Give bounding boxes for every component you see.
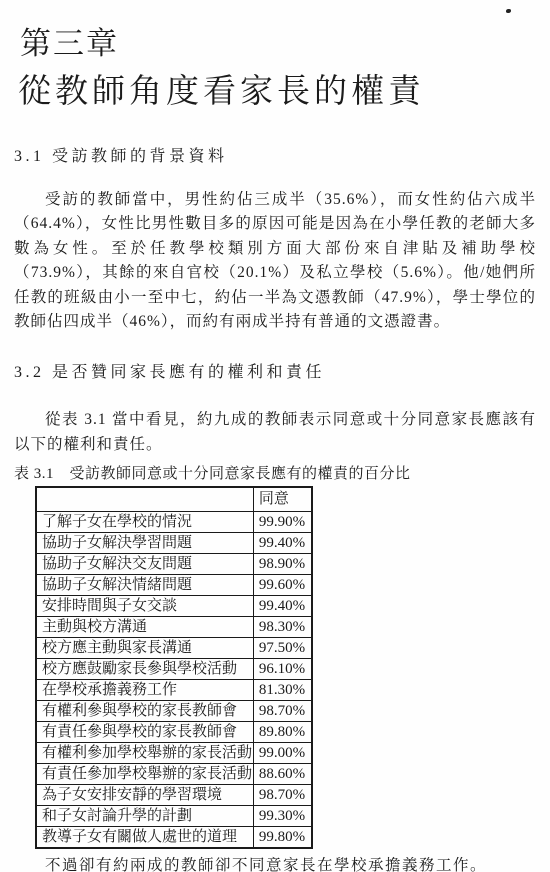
table-row: 協助子女解決交友問題98.90% (36, 554, 312, 575)
table-row: 有權利參加學校舉辦的家長活動99.00% (36, 743, 312, 764)
chapter-number: 第三章 (20, 0, 536, 61)
row-label-cell: 有責任參加學校舉辦的家長活動 (36, 764, 253, 785)
row-label-cell: 主動與校方溝通 (36, 617, 253, 638)
row-value-cell: 88.60% (253, 764, 312, 785)
row-value-cell: 89.80% (253, 722, 312, 743)
row-value-cell: 98.90% (253, 554, 312, 575)
row-value-cell: 99.40% (253, 533, 312, 554)
chapter-title: 從教師角度看家長的權責 (18, 74, 536, 112)
table-header-agree-cell: 同意 (253, 487, 312, 512)
row-label-cell: 在學校承擔義務工作 (36, 680, 253, 701)
row-label-cell: 了解子女在學校的情況 (36, 512, 253, 533)
table-row: 有權利參與學校的家長教師會98.70% (36, 701, 312, 722)
table-row: 協助子女解決學習問題99.40% (36, 533, 312, 554)
section-3-1-paragraph: 受訪的教師當中，男性約佔三成半（35.6%），而女性約佔六成半（64.4%），女… (14, 188, 536, 334)
table-row: 教導子女有關做人處世的道理99.80% (36, 827, 312, 849)
row-value-cell: 81.30% (253, 680, 312, 701)
row-label-cell: 校方應主動與家長溝通 (36, 638, 253, 659)
row-value-cell: 99.90% (253, 512, 312, 533)
row-value-cell: 99.60% (253, 575, 312, 596)
row-label-cell: 協助子女解決交友問題 (36, 554, 253, 575)
document-page: 第三章 從教師角度看家長的權責 3.1 受訪教師的背景資料 受訪的教師當中，男性… (0, 0, 550, 872)
row-value-cell: 98.70% (253, 701, 312, 722)
row-label-cell: 為子女安排安靜的學習環境 (36, 785, 253, 806)
row-label-cell: 有責任參與學校的家長教師會 (36, 722, 253, 743)
table-row: 有責任參加學校舉辦的家長活動88.60% (36, 764, 312, 785)
row-value-cell: 98.70% (253, 785, 312, 806)
table-row: 安排時間與子女交談99.40% (36, 596, 312, 617)
scan-artifact-dot (506, 9, 511, 13)
row-label-cell: 協助子女解決情緒問題 (36, 575, 253, 596)
table-row: 主動與校方溝通98.30% (36, 617, 312, 638)
table-caption: 表 3.1 受訪教師同意或十分同意家長應有的權責的百分比 (14, 462, 536, 483)
table-row: 校方應主動與家長溝通97.50% (36, 638, 312, 659)
table-row: 在學校承擔義務工作81.30% (36, 680, 312, 701)
table-row: 校方應鼓勵家長參與學校活動96.10% (36, 659, 312, 680)
row-value-cell: 99.80% (253, 827, 312, 849)
row-label-cell: 協助子女解決學習問題 (36, 533, 253, 554)
row-value-cell: 99.30% (253, 806, 312, 827)
closing-paragraph: 不過卻有約兩成的教師卻不同意家長在學校承擔義務工作。 (14, 855, 536, 872)
table-row: 了解子女在學校的情況99.90% (36, 512, 312, 533)
section-3-2-paragraph: 從表 3.1 當中看見，約九成的教師表示同意或十分同意家長應該有以下的權利和責任… (14, 408, 536, 457)
table-header-row: 同意 (36, 487, 312, 512)
row-value-cell: 99.40% (253, 596, 312, 617)
section-3-1-heading: 3.1 受訪教師的背景資料 (14, 143, 536, 166)
row-label-cell: 有權利參與學校的家長教師會 (36, 701, 253, 722)
row-value-cell: 97.50% (253, 638, 312, 659)
row-label-cell: 有權利參加學校舉辦的家長活動 (36, 743, 253, 764)
row-value-cell: 99.00% (253, 743, 312, 764)
table-row: 有責任參與學校的家長教師會89.80% (36, 722, 312, 743)
row-label-cell: 和子女討論升學的計劃 (36, 806, 253, 827)
table-row: 和子女討論升學的計劃99.30% (36, 806, 312, 827)
row-label-cell: 教導子女有關做人處世的道理 (36, 827, 253, 849)
row-label-cell: 校方應鼓勵家長參與學校活動 (36, 659, 253, 680)
agreement-table: 同意 了解子女在學校的情況99.90% 協助子女解決學習問題99.40% 協助子… (35, 486, 313, 849)
section-3-2-heading: 3.2 是否贊同家長應有的權利和責任 (14, 359, 536, 382)
table-header-empty-cell (36, 487, 253, 512)
row-label-cell: 安排時間與子女交談 (36, 596, 253, 617)
table-row: 協助子女解決情緒問題99.60% (36, 575, 312, 596)
row-value-cell: 96.10% (253, 659, 312, 680)
row-value-cell: 98.30% (253, 617, 312, 638)
table-row: 為子女安排安靜的學習環境98.70% (36, 785, 312, 806)
